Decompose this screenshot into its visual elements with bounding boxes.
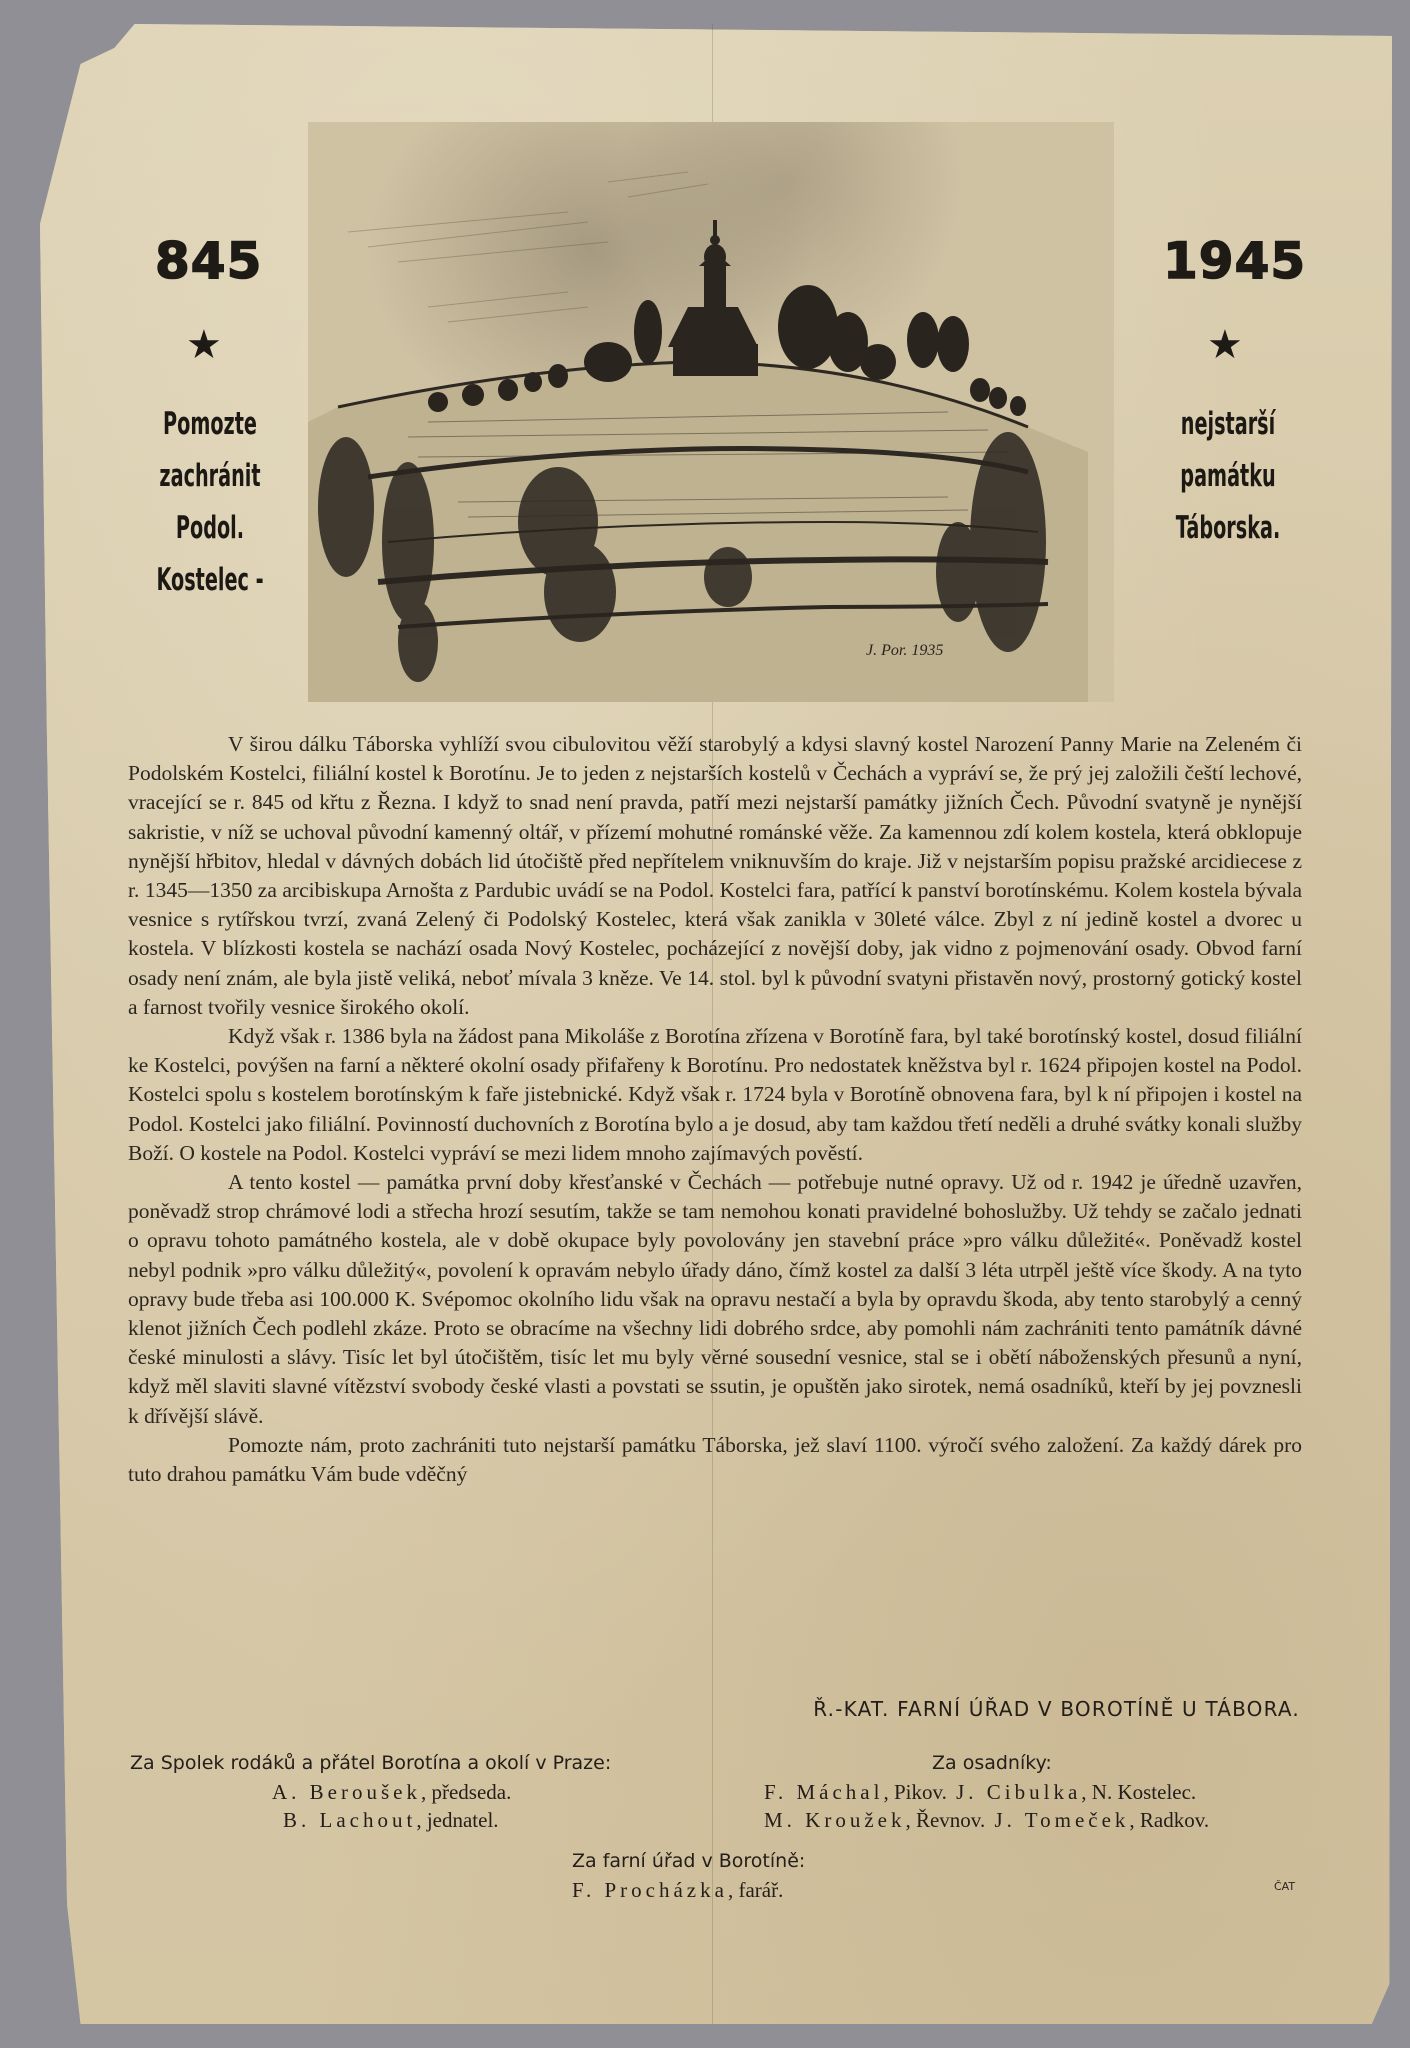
church-drawing-icon [308,122,1114,702]
right-slogan-line: nejstarší [1166,398,1290,450]
settler-place: , N. Kostelec. [1081,1780,1196,1804]
priest-name: F. Procházka [572,1878,728,1902]
settlers-line: F. Máchal, Pikov. J. Cibulka, N. Kostele… [764,1780,1196,1805]
paragraph-parish: Když však r. 1386 byla na žádost pana Mi… [128,1022,1302,1168]
settler-name: M. Kroužek [764,1808,905,1832]
star-icon: ★ [1207,322,1243,368]
settlers-label: Za osadníky: [932,1752,1052,1774]
left-slogan-line: zachránit [148,450,272,502]
society-member: A. Beroušek, předseda. [272,1780,511,1805]
star-icon: ★ [186,322,222,368]
member-name: B. Lachout [283,1808,416,1832]
settler-name: J. Cibulka [947,1780,1081,1804]
priest-role: , farář. [728,1878,783,1902]
paragraph-history: V širou dálku Táborska vyhlíží svou cibu… [128,730,1302,1022]
appeal-body: V širou dálku Táborska vyhlíží svou cibu… [128,730,1302,1489]
left-slogan-line: Pomozte [148,398,272,450]
left-slogan-line: Kostelec - [148,554,272,606]
settler-name: F. Máchal [764,1780,883,1804]
society-label: Za Spolek rodáků a přátel Borotína a oko… [130,1752,611,1774]
society-member: B. Lachout, jednatel. [283,1808,499,1833]
member-name: A. Beroušek [272,1780,421,1804]
paragraph-repairs: A tento kostel — památka první doby křes… [128,1168,1302,1431]
settler-place: , Pikov. [883,1780,946,1804]
settler-name: J. Tomeček [985,1808,1129,1832]
paragraph-appeal: Pomozte nám, proto zachrániti tuto nejst… [128,1431,1302,1489]
member-role: , jednatel. [416,1808,498,1832]
right-slogan-line: památku [1166,450,1290,502]
left-slogan: Pomozte zachránit Podol. Kostelec - [148,398,272,606]
artist-signature: J. Por. 1935 [866,642,943,660]
parish-label: Za farní úřad v Borotíně: [572,1850,805,1872]
parish-priest: F. Procházka, farář. [572,1878,783,1903]
settler-place: , Radkov. [1129,1808,1209,1832]
printer-mark: ČAT [1274,1880,1295,1893]
parish-office-signature: Ř.-KAT. FARNÍ ÚŘAD V BOROTÍNĚ U TÁBORA. [700,1697,1300,1721]
member-role: , předseda. [421,1780,511,1804]
right-slogan-line: Táborska. [1166,502,1290,554]
left-year: 845 [155,232,262,290]
settler-place: , Řevnov. [905,1808,985,1832]
church-hill-illustration: J. Por. 1935 [308,122,1114,702]
settlers-line: M. Kroužek, Řevnov. J. Tomeček, Radkov. [764,1808,1209,1833]
left-slogan-line: Podol. [148,502,272,554]
right-year: 1945 [1163,232,1306,290]
right-slogan: nejstarší památku Táborska. [1166,398,1290,554]
